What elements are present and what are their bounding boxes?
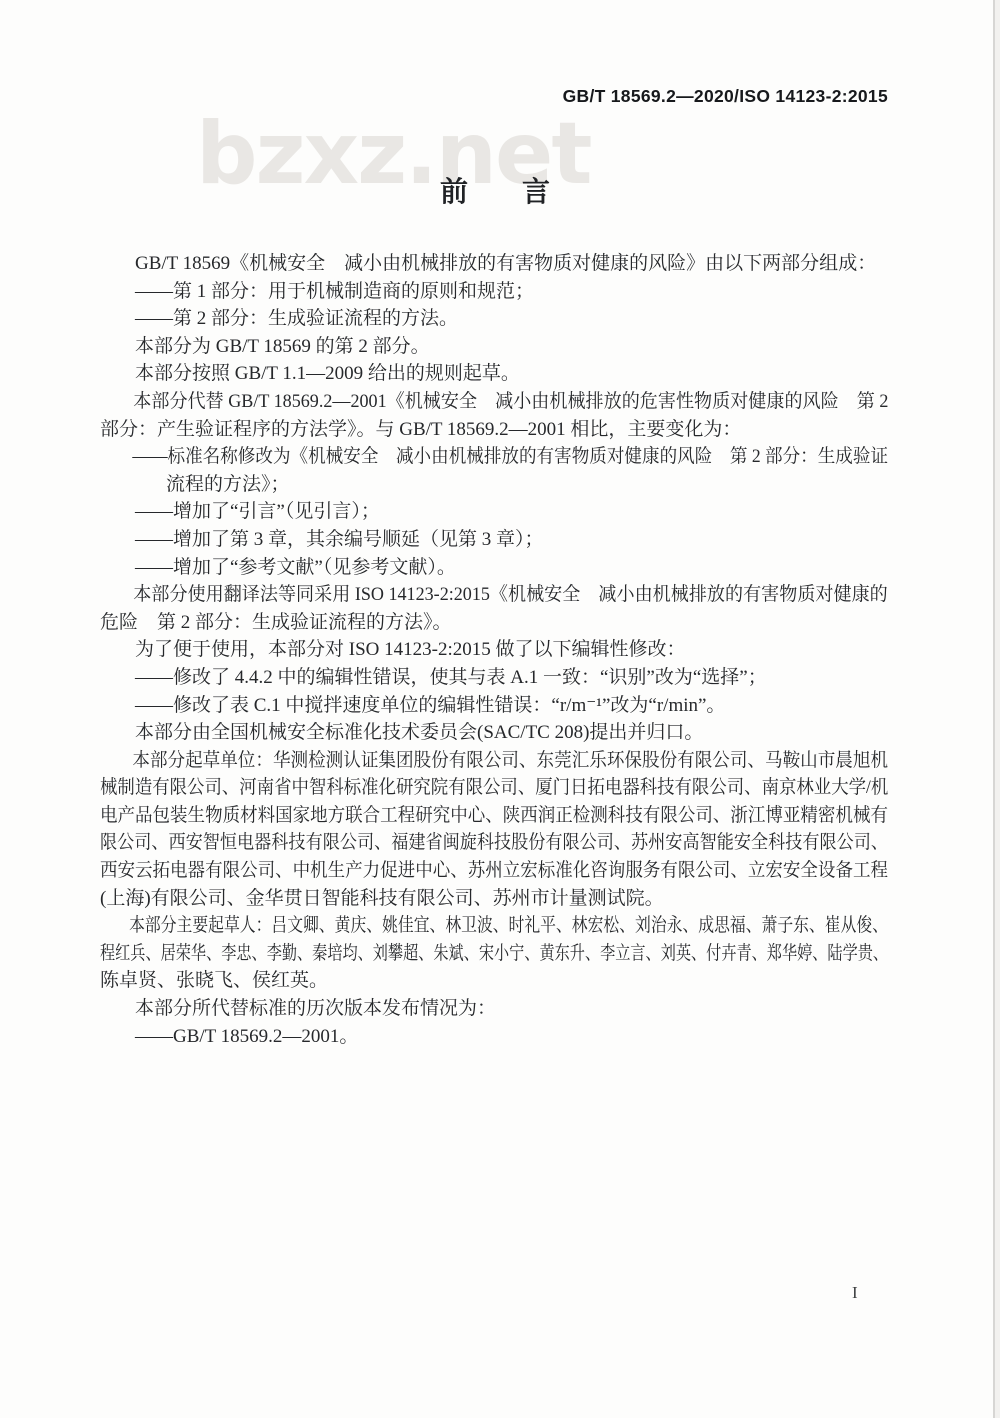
foreword-line: 本部分所代替标准的历次版本发布情况为： [100,995,888,1023]
document-page: bzxz.net GB/T 18569.2—2020/ISO 14123-2:2… [0,0,1000,1418]
foreword-line: 本部分使用翻译法等同采用 ISO 14123-2:2015《机械安全 减小由机械… [100,581,850,609]
foreword-line: ——标准名称修改为《机械安全 减小由机械排放的有害物质对健康的风险 第 2 部分… [100,443,829,471]
foreword-line: 本部分起草单位：华测检测认证集团股份有限公司、东莞汇乐环保股份有限公司、马鞍山市… [100,747,829,775]
foreword-line: ——增加了“参考文献”（见参考文献）。 [100,554,888,582]
foreword-line: 本部分为 GB/T 18569 的第 2 部分。 [100,333,888,361]
foreword-line: 部分：产生验证程序的方法学》。与 GB/T 18569.2—2001 相比，主要… [100,416,888,444]
foreword-line: GB/T 18569《机械安全 减小由机械排放的有害物质对健康的风险》由以下两部… [100,250,888,278]
scan-edge-strip [995,0,1000,1418]
foreword-line: 电产品包装生物质材料国家地方联合工程研究中心、陕西润正检测科技有限公司、浙江博亚… [100,802,826,830]
page-number: I [852,1283,858,1303]
foreword-line: 本部分主要起草人：吕文卿、黄庆、姚佳宜、林卫波、时礼平、林宏松、刘治永、成思福、… [100,912,756,940]
foreword-line: ——修改了表 C.1 中搅拌速度单位的编辑性错误：“r/m⁻¹”改为“r/min… [100,692,888,720]
foreword-line: 流程的方法》； [100,471,888,499]
foreword-line: ——GB/T 18569.2—2001。 [100,1023,888,1051]
foreword-line: ——增加了“引言”（见引言）； [100,498,888,526]
foreword-line: ——增加了第 3 章，其余编号顺延（见第 3 章）； [100,526,888,554]
foreword-line: 本部分代替 GB/T 18569.2—2001《机械安全 减小由机械排放的危害性… [100,388,850,416]
foreword-line: 限公司、西安智恒电器科技有限公司、福建省闽旋科技股份有限公司、苏州安高智能安全科… [100,829,810,857]
foreword-line: 西安云拓电器有限公司、中机生产力促进中心、苏州立宏标准化咨询服务有限公司、立宏安… [100,857,826,885]
foreword-title: 前 言 [0,170,990,210]
foreword-line: 本部分由全国机械安全标准化技术委员会(SAC/TC 208)提出并归口。 [100,719,888,747]
foreword-line: ——第 1 部分：用于机械制造商的原则和规范； [100,278,888,306]
foreword-line: 陈卓贤、张晓飞、侯红英。 [100,967,888,995]
foreword-line: ——修改了 4.4.2 中的编辑性错误，使其与表 A.1 一致：“识别”改为“选… [100,664,888,692]
foreword-line: (上海)有限公司、金华贯日智能科技有限公司、苏州市计量测试院。 [100,885,888,913]
foreword-line: 为了便于使用，本部分对 ISO 14123-2:2015 做了以下编辑性修改： [100,636,888,664]
foreword-line: ——第 2 部分：生成验证流程的方法。 [100,305,888,333]
standard-code-header: GB/T 18569.2—2020/ISO 14123-2:2015 [563,86,888,107]
foreword-line: 程红兵、居荣华、李忠、李勤、秦培均、刘攀超、朱斌、宋小宁、黄东升、李立言、刘英、… [100,940,729,968]
foreword-line: 危险 第 2 部分：生成验证流程的方法》。 [100,609,888,637]
foreword-line: 械制造有限公司、河南省中智科标准化研究院有限公司、厦门日拓电器科技有限公司、南京… [100,774,822,802]
foreword-body: GB/T 18569《机械安全 减小由机械排放的有害物质对健康的风险》由以下两部… [100,250,888,1050]
foreword-line: 本部分按照 GB/T 1.1—2009 给出的规则起草。 [100,360,888,388]
